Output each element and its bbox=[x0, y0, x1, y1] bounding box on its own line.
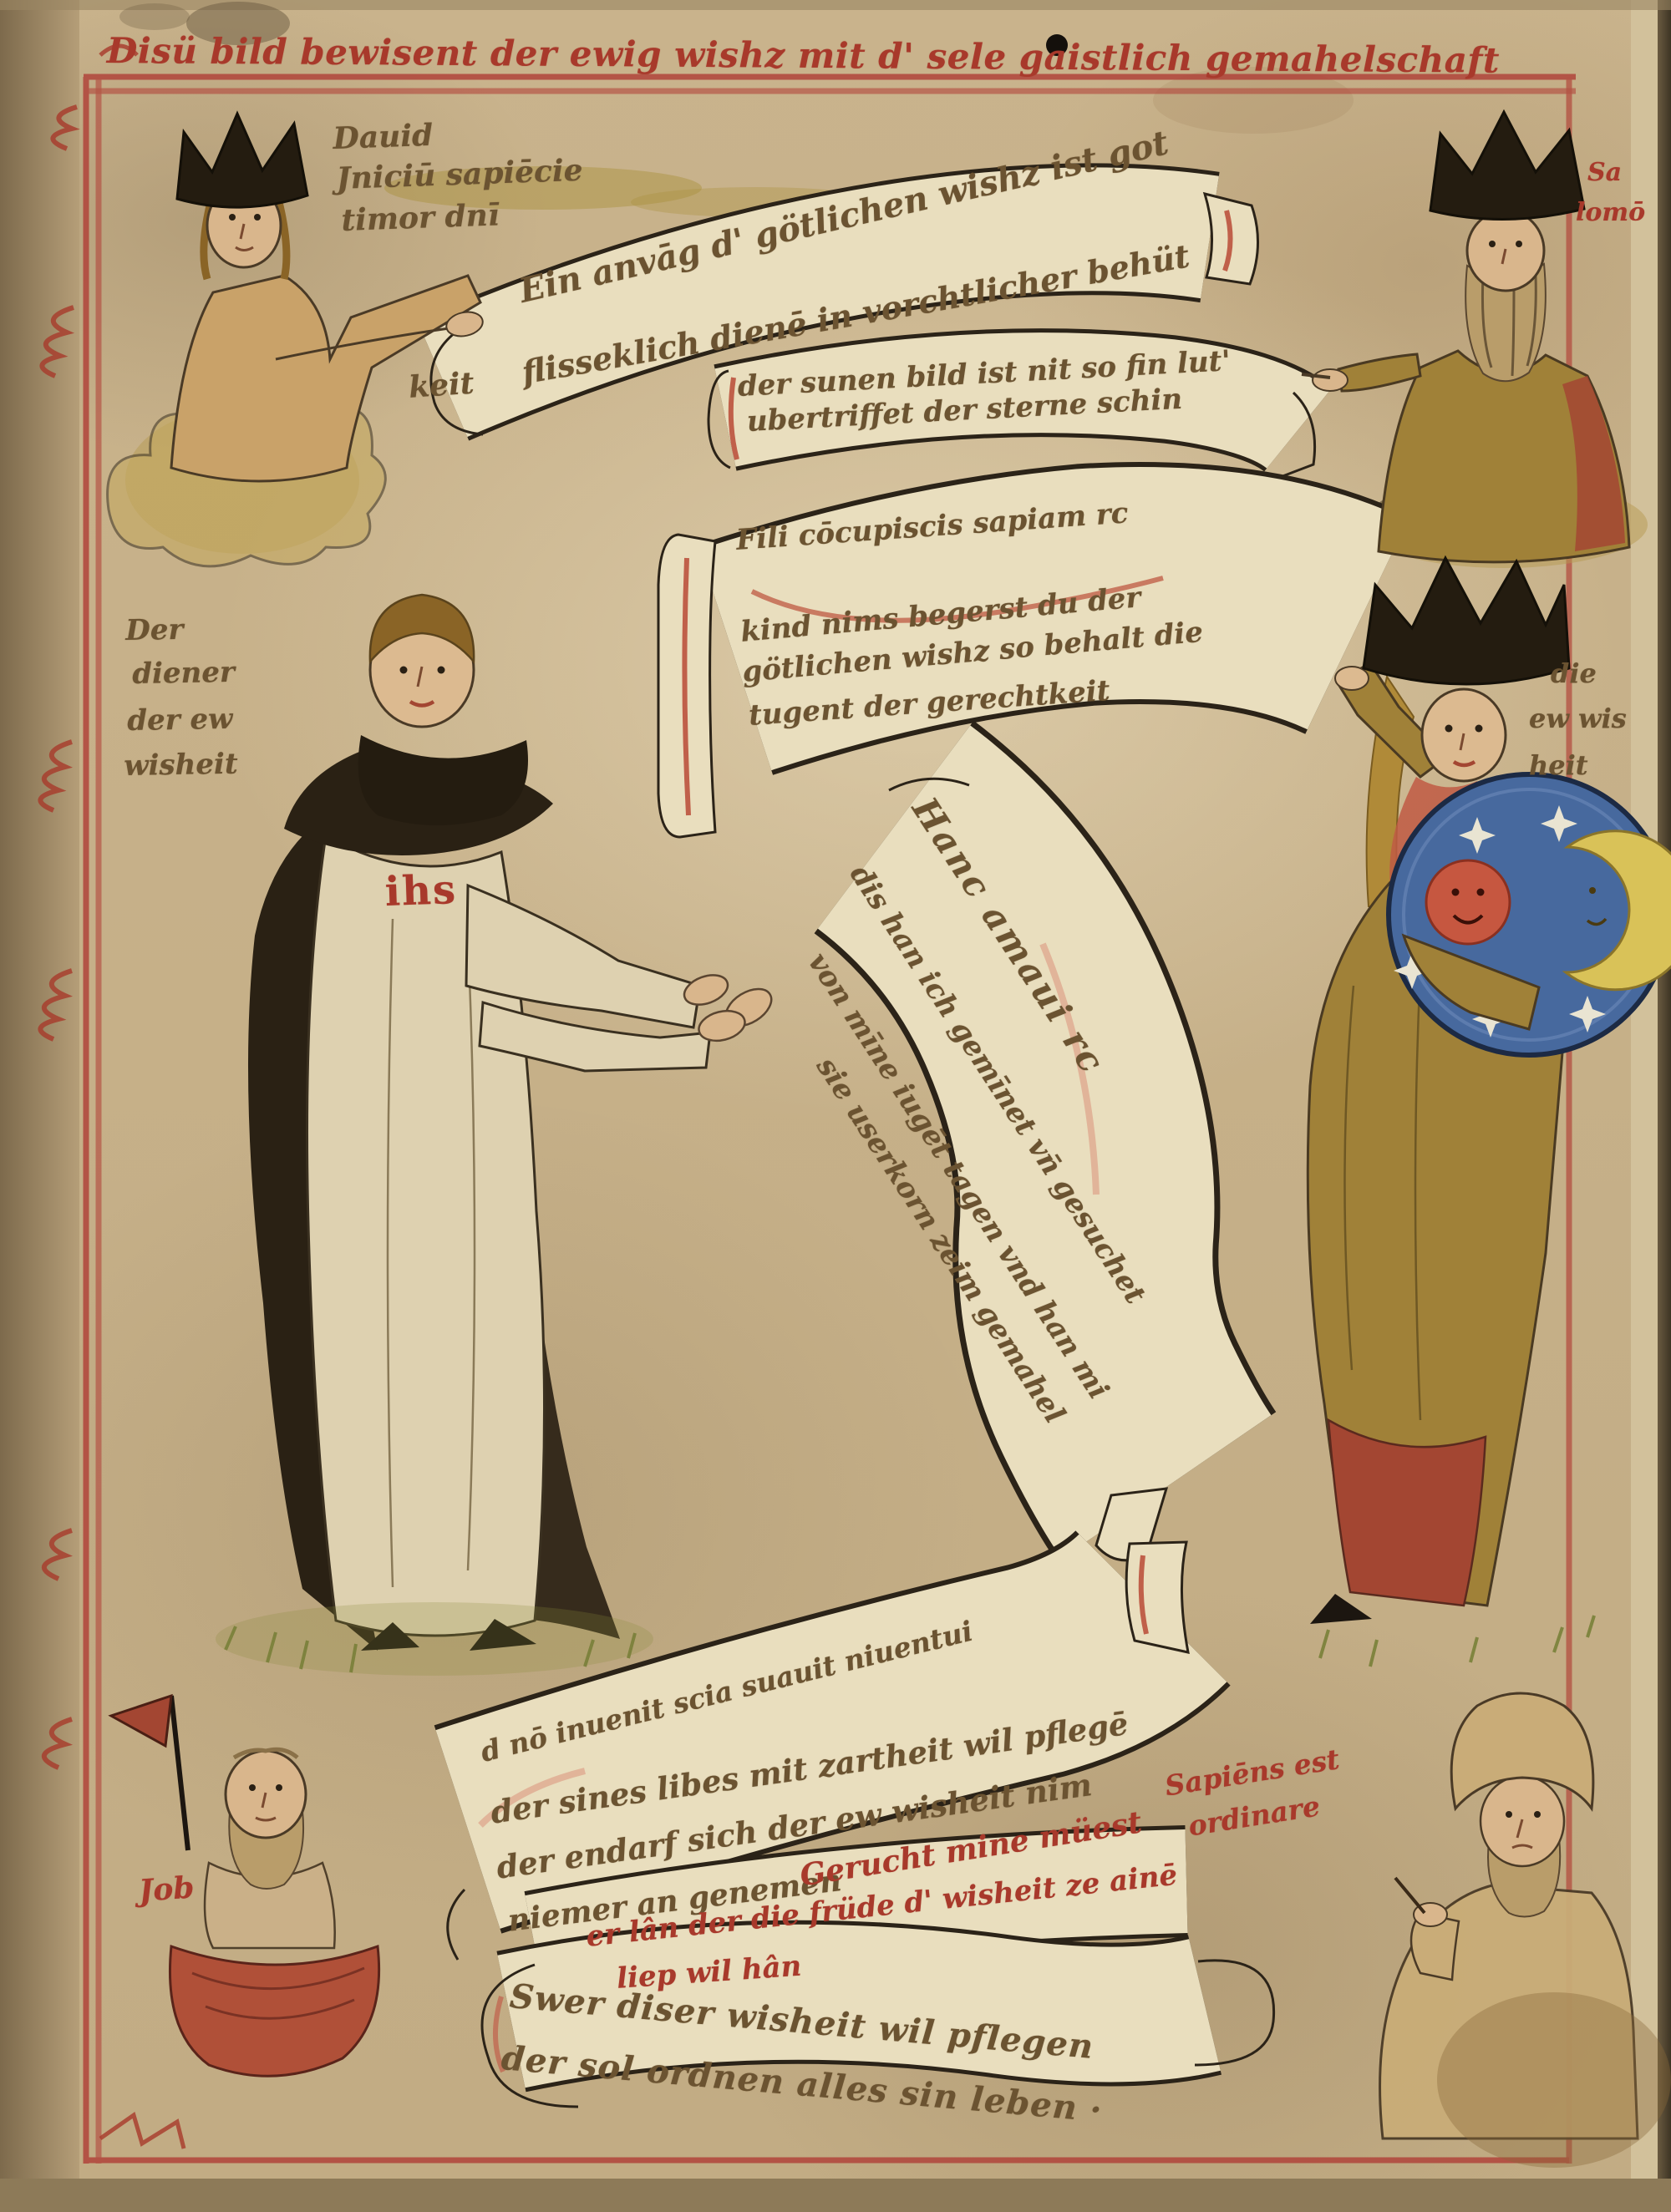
wisdom-hand bbox=[1335, 667, 1369, 690]
servant-label: der ew bbox=[127, 705, 233, 735]
page-title: Disü bild bewisent der ewig wishz mit d'… bbox=[107, 33, 1500, 79]
wisdom-label: heit bbox=[1529, 752, 1588, 779]
ihs-monogram: ihs bbox=[384, 870, 458, 912]
monk-hood bbox=[358, 735, 528, 825]
salomon-label: Sa bbox=[1587, 160, 1622, 185]
scroll-band-hanc-amaui bbox=[889, 779, 1166, 1560]
philosopher-figure bbox=[1380, 1693, 1671, 2168]
sun-icon bbox=[1426, 860, 1510, 944]
wisdom-shoe bbox=[1310, 1594, 1372, 1624]
job-red-mound bbox=[170, 1946, 378, 2076]
servant-label: diener bbox=[132, 658, 235, 688]
wisdom-red-underskirt bbox=[1328, 1420, 1486, 1606]
scroll-fear-of-god-line: keit bbox=[408, 368, 475, 403]
david-label: Jniciū sapiēcie bbox=[336, 155, 583, 194]
salomon-label: lomō bbox=[1576, 200, 1645, 226]
job-label: Job bbox=[138, 1872, 196, 1906]
servant-label: Der bbox=[125, 616, 184, 645]
salomon-crown-icon bbox=[1430, 112, 1584, 220]
david-label: Dauid bbox=[333, 120, 434, 154]
david-crown-icon bbox=[177, 114, 307, 207]
wisdom-crown-icon bbox=[1364, 558, 1569, 684]
salomon-hand bbox=[1313, 369, 1348, 391]
philosopher-pen bbox=[1395, 1878, 1425, 1913]
wisdom-label: die bbox=[1551, 660, 1597, 687]
manuscript-page: Disü bild bewisent der ewig wishz mit d'… bbox=[0, 0, 1671, 2212]
grass-left bbox=[216, 1602, 653, 1676]
job-pennant-pole bbox=[171, 1696, 188, 1850]
david-label: timor dnī bbox=[341, 200, 500, 236]
servant-label: wisheit bbox=[124, 750, 238, 780]
job-pennant-icon bbox=[111, 1696, 171, 1746]
wisdom-label: ew wis bbox=[1529, 705, 1627, 732]
grass-right bbox=[1320, 1616, 1594, 1667]
